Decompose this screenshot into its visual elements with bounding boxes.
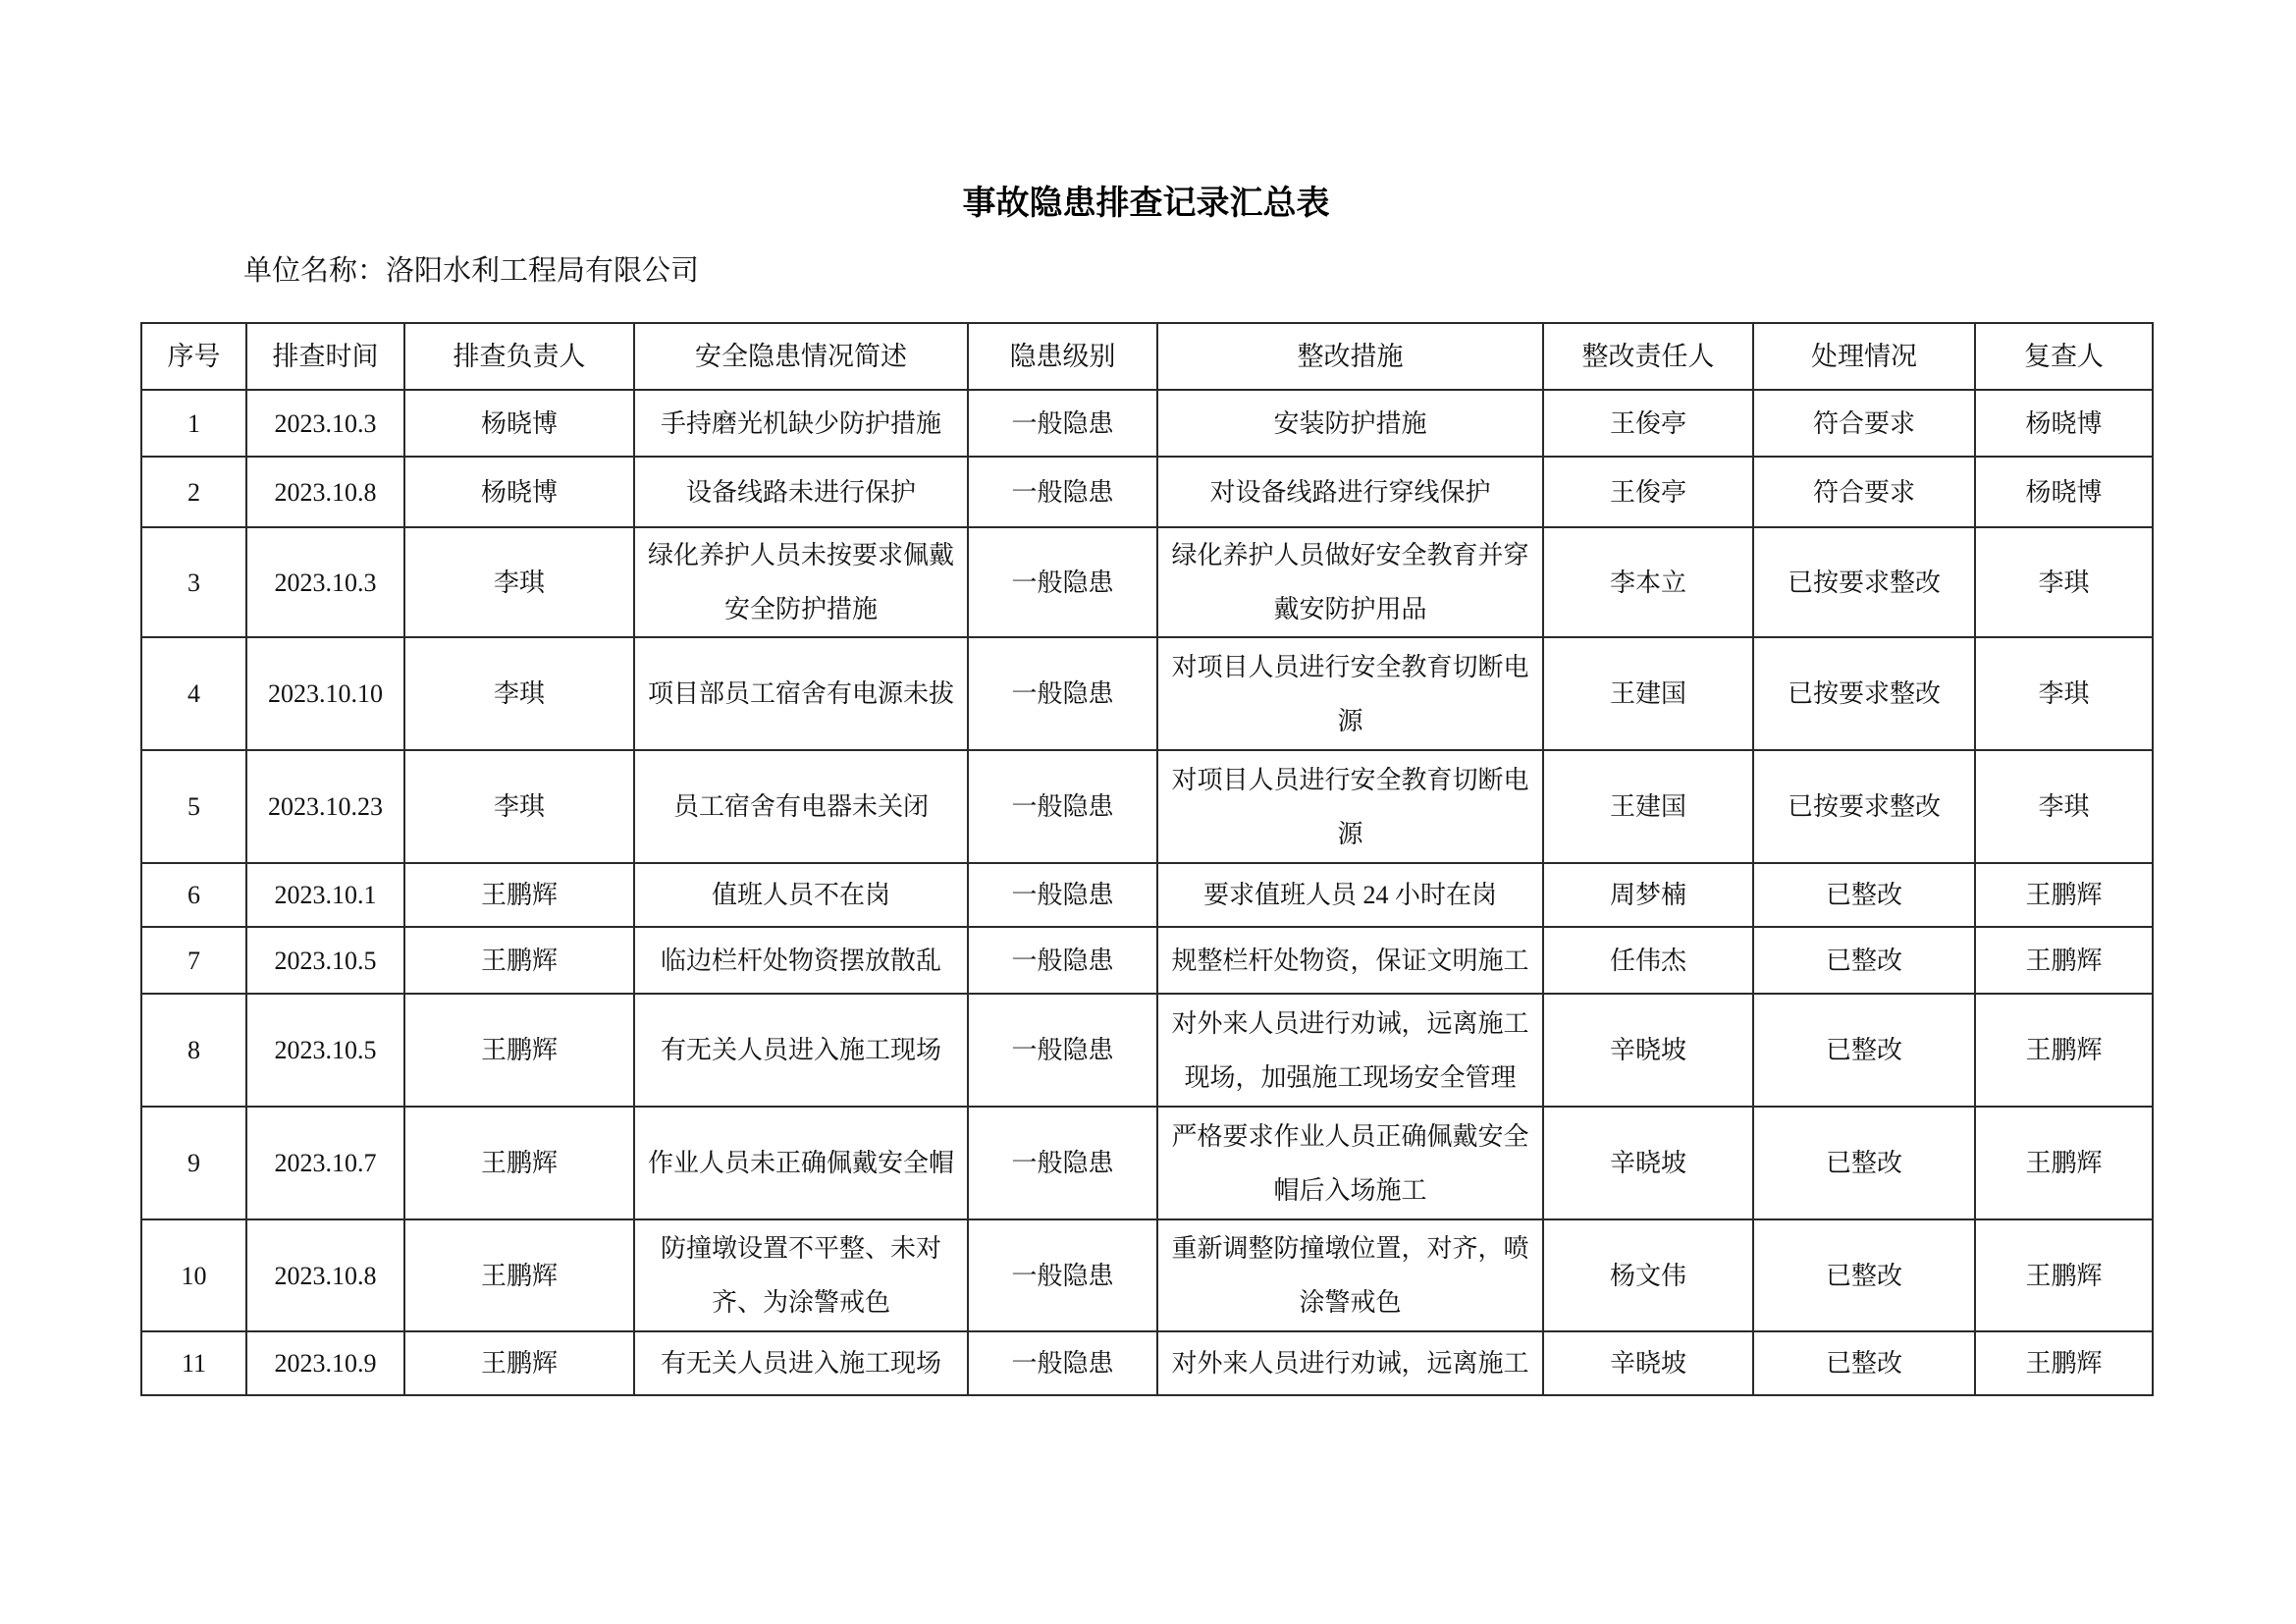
table-cell: 员工宿舍有电器未关闭: [634, 750, 968, 863]
header-cell: 隐患级别: [968, 323, 1157, 390]
header-cell: 整改措施: [1157, 323, 1543, 390]
summary-table: 序号排查时间排查负责人安全隐患情况简述隐患级别整改措施整改责任人处理情况复查人 …: [140, 322, 2154, 1396]
table-cell: 2023.10.7: [246, 1107, 404, 1219]
table-cell: 辛晓坡: [1543, 1107, 1753, 1219]
document-page: 事故隐患排查记录汇总表 单位名称：洛阳水利工程局有限公司 序号排查时间排查负责人…: [0, 0, 2296, 1624]
table-cell: 杨晓博: [1975, 457, 2153, 527]
table-cell: 李本立: [1543, 527, 1753, 637]
row-index-cell: 3: [141, 527, 246, 637]
table-cell: 一般隐患: [968, 637, 1157, 750]
table-cell: 有无关人员进入施工现场: [634, 1331, 968, 1395]
table-cell: 一般隐患: [968, 1107, 1157, 1219]
table-cell: 任伟杰: [1543, 927, 1753, 994]
row-index-cell: 4: [141, 637, 246, 750]
table-cell: 有无关人员进入施工现场: [634, 994, 968, 1107]
table-cell: 已整改: [1753, 994, 1975, 1107]
table-cell: 杨文伟: [1543, 1219, 1753, 1331]
table-row: 32023.10.3李琪绿化养护人员未按要求佩戴安全防护措施一般隐患绿化养护人员…: [141, 527, 2153, 637]
table-cell: 王鹏辉: [404, 1107, 634, 1219]
table-cell: 2023.10.10: [246, 637, 404, 750]
table-cell: 严格要求作业人员正确佩戴安全帽后入场施工: [1157, 1107, 1543, 1219]
table-cell: 绿化养护人员做好安全教育并穿戴安防护用品: [1157, 527, 1543, 637]
table-cell: 对外来人员进行劝诫，远离施工: [1157, 1331, 1543, 1395]
table-cell: 设备线路未进行保护: [634, 457, 968, 527]
table-cell: 杨晓博: [404, 390, 634, 457]
table-cell: 王鹏辉: [404, 927, 634, 994]
table-cell: 对项目人员进行安全教育切断电源: [1157, 750, 1543, 863]
table-cell: 符合要求: [1753, 390, 1975, 457]
table-cell: 对项目人员进行安全教育切断电源: [1157, 637, 1543, 750]
table-cell: 王鹏辉: [1975, 1331, 2153, 1395]
table-cell: 辛晓坡: [1543, 1331, 1753, 1395]
table-cell: 已整改: [1753, 1331, 1975, 1395]
table-row: 62023.10.1王鹏辉值班人员不在岗一般隐患要求值班人员 24 小时在岗周梦…: [141, 863, 2153, 927]
table-row: 52023.10.23李琪员工宿舍有电器未关闭一般隐患对项目人员进行安全教育切断…: [141, 750, 2153, 863]
table-cell: 重新调整防撞墩位置，对齐，喷涂警戒色: [1157, 1219, 1543, 1331]
table-body: 12023.10.3杨晓博手持磨光机缺少防护措施一般隐患安装防护措施王俊亭符合要…: [141, 390, 2153, 1395]
table-cell: 2023.10.8: [246, 1219, 404, 1331]
table-cell: 已整改: [1753, 1107, 1975, 1219]
table-cell: 王建国: [1543, 637, 1753, 750]
row-index-cell: 9: [141, 1107, 246, 1219]
table-cell: 规整栏杆处物资，保证文明施工: [1157, 927, 1543, 994]
row-index-cell: 8: [141, 994, 246, 1107]
table-cell: 绿化养护人员未按要求佩戴安全防护措施: [634, 527, 968, 637]
header-cell: 排查时间: [246, 323, 404, 390]
table-cell: 临边栏杆处物资摆放散乱: [634, 927, 968, 994]
table-cell: 李琪: [1975, 637, 2153, 750]
table-cell: 已按要求整改: [1753, 637, 1975, 750]
table-cell: 安装防护措施: [1157, 390, 1543, 457]
table-cell: 李琪: [1975, 750, 2153, 863]
table-cell: 王鹏辉: [1975, 1219, 2153, 1331]
table-cell: 李琪: [1975, 527, 2153, 637]
table-cell: 一般隐患: [968, 457, 1157, 527]
table-cell: 已按要求整改: [1753, 527, 1975, 637]
table-cell: 2023.10.3: [246, 527, 404, 637]
table-cell: 防撞墩设置不平整、未对齐、为涂警戒色: [634, 1219, 968, 1331]
table-cell: 已按要求整改: [1753, 750, 1975, 863]
table-cell: 李琪: [404, 527, 634, 637]
header-cell: 安全隐患情况简述: [634, 323, 968, 390]
row-index-cell: 7: [141, 927, 246, 994]
row-index-cell: 2: [141, 457, 246, 527]
table-cell: 一般隐患: [968, 863, 1157, 927]
table-cell: 王俊亭: [1543, 457, 1753, 527]
table-cell: 王鹏辉: [404, 1331, 634, 1395]
table-row: 42023.10.10李琪项目部员工宿舍有电源未拔一般隐患对项目人员进行安全教育…: [141, 637, 2153, 750]
header-cell: 整改责任人: [1543, 323, 1753, 390]
table-cell: 符合要求: [1753, 457, 1975, 527]
table-cell: 杨晓博: [404, 457, 634, 527]
table-cell: 值班人员不在岗: [634, 863, 968, 927]
table-cell: 2023.10.23: [246, 750, 404, 863]
header-cell: 序号: [141, 323, 246, 390]
table-cell: 2023.10.5: [246, 994, 404, 1107]
table-cell: 一般隐患: [968, 1219, 1157, 1331]
table-cell: 2023.10.3: [246, 390, 404, 457]
table-cell: 已整改: [1753, 863, 1975, 927]
table-cell: 2023.10.8: [246, 457, 404, 527]
table-cell: 王鹏辉: [1975, 994, 2153, 1107]
row-index-cell: 1: [141, 390, 246, 457]
table-row: 72023.10.5王鹏辉临边栏杆处物资摆放散乱一般隐患规整栏杆处物资，保证文明…: [141, 927, 2153, 994]
table-cell: 对外来人员进行劝诫，远离施工现场，加强施工现场安全管理: [1157, 994, 1543, 1107]
table-cell: 2023.10.9: [246, 1331, 404, 1395]
table-cell: 2023.10.1: [246, 863, 404, 927]
table-cell: 手持磨光机缺少防护措施: [634, 390, 968, 457]
table-cell: 已整改: [1753, 927, 1975, 994]
table-cell: 一般隐患: [968, 1331, 1157, 1395]
row-index-cell: 11: [141, 1331, 246, 1395]
table-cell: 李琪: [404, 637, 634, 750]
table-cell: 王鹏辉: [1975, 927, 2153, 994]
row-index-cell: 5: [141, 750, 246, 863]
table-cell: 一般隐患: [968, 927, 1157, 994]
table-row: 22023.10.8杨晓博设备线路未进行保护一般隐患对设备线路进行穿线保护王俊亭…: [141, 457, 2153, 527]
table-cell: 王鹏辉: [404, 863, 634, 927]
table-cell: 李琪: [404, 750, 634, 863]
page-title: 事故隐患排查记录汇总表: [140, 183, 2152, 226]
table-cell: 王鹏辉: [404, 1219, 634, 1331]
table-cell: 一般隐患: [968, 750, 1157, 863]
row-index-cell: 10: [141, 1219, 246, 1331]
unit-name: 单位名称：洛阳水利工程局有限公司: [243, 253, 2152, 289]
table-cell: 要求值班人员 24 小时在岗: [1157, 863, 1543, 927]
table-cell: 杨晓博: [1975, 390, 2153, 457]
header-cell: 处理情况: [1753, 323, 1975, 390]
table-cell: 项目部员工宿舍有电源未拔: [634, 637, 968, 750]
row-index-cell: 6: [141, 863, 246, 927]
table-row: 92023.10.7王鹏辉作业人员未正确佩戴安全帽一般隐患严格要求作业人员正确佩…: [141, 1107, 2153, 1219]
table-cell: 已整改: [1753, 1219, 1975, 1331]
header-cell: 复查人: [1975, 323, 2153, 390]
table-cell: 2023.10.5: [246, 927, 404, 994]
table-row: 112023.10.9王鹏辉有无关人员进入施工现场一般隐患对外来人员进行劝诫，远…: [141, 1331, 2153, 1395]
table-cell: 作业人员未正确佩戴安全帽: [634, 1107, 968, 1219]
table-row: 82023.10.5王鹏辉有无关人员进入施工现场一般隐患对外来人员进行劝诫，远离…: [141, 994, 2153, 1107]
table-cell: 周梦楠: [1543, 863, 1753, 927]
table-cell: 一般隐患: [968, 527, 1157, 637]
table-row: 12023.10.3杨晓博手持磨光机缺少防护措施一般隐患安装防护措施王俊亭符合要…: [141, 390, 2153, 457]
table-cell: 对设备线路进行穿线保护: [1157, 457, 1543, 527]
table-cell: 王鹏辉: [404, 994, 634, 1107]
table-cell: 一般隐患: [968, 994, 1157, 1107]
table-cell: 一般隐患: [968, 390, 1157, 457]
table-cell: 王俊亭: [1543, 390, 1753, 457]
table-cell: 辛晓坡: [1543, 994, 1753, 1107]
table-cell: 王鹏辉: [1975, 1107, 2153, 1219]
table-cell: 王建国: [1543, 750, 1753, 863]
table-header-row: 序号排查时间排查负责人安全隐患情况简述隐患级别整改措施整改责任人处理情况复查人: [141, 323, 2153, 390]
table-row: 102023.10.8王鹏辉防撞墩设置不平整、未对齐、为涂警戒色一般隐患重新调整…: [141, 1219, 2153, 1331]
header-cell: 排查负责人: [404, 323, 634, 390]
table-cell: 王鹏辉: [1975, 863, 2153, 927]
